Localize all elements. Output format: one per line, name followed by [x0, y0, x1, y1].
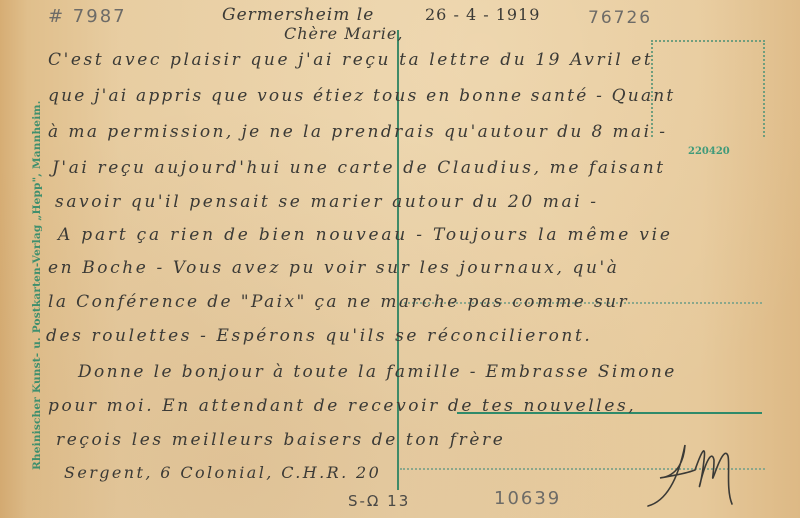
letter-line: Donne le bonjour à toute la famille - Em…: [78, 362, 677, 382]
archive-ref-bottom: 10639: [494, 488, 561, 509]
letter-line: que j'ai appris que vous étiez tous en b…: [48, 86, 675, 106]
signature: A. Joffin: [640, 440, 750, 510]
letter-line: C'est avec plaisir que j'ai reçu ta lett…: [48, 50, 653, 70]
stamp-box-number: 220420: [688, 146, 730, 157]
letter-line: A part ça rien de bien nouveau - Toujour…: [58, 225, 673, 245]
letter-line: en Boche - Vous avez pu voir sur les jou…: [48, 258, 620, 278]
place-heading: Germersheim le: [222, 5, 374, 25]
archive-ref-top-left: # 7987: [48, 6, 127, 27]
letter-line: la Conférence de "Paix" ça ne marche pas…: [48, 292, 629, 312]
letter-line: à ma permission, je ne la prendrais qu'a…: [48, 122, 667, 142]
archive-ref-top-right: 76726: [588, 8, 652, 28]
publisher-imprint: Rheinischer Kunst- u. Postkarten-Verlag …: [31, 50, 43, 470]
letter-line: J'ai reçu aujourd'hui une carte de Claud…: [52, 158, 666, 178]
letter-line: reçois les meilleurs baisers de ton frèr…: [56, 430, 505, 450]
salutation: Chère Marie,: [284, 24, 403, 43]
letter-line: Sergent, 6 Colonial, C.H.R. 20: [64, 463, 381, 482]
letter-line: des roulettes - Espérons qu'ils se récon…: [46, 326, 592, 346]
bottom-mark: S-Ω 13: [348, 492, 410, 510]
letter-line: savoir qu'il pensait se marier autour du…: [55, 192, 599, 212]
letter-line: pour moi. En attendant de recevoir de te…: [48, 396, 636, 416]
letter-date: 26 - 4 - 1919: [425, 5, 540, 24]
signature-stroke-icon: [640, 440, 750, 510]
